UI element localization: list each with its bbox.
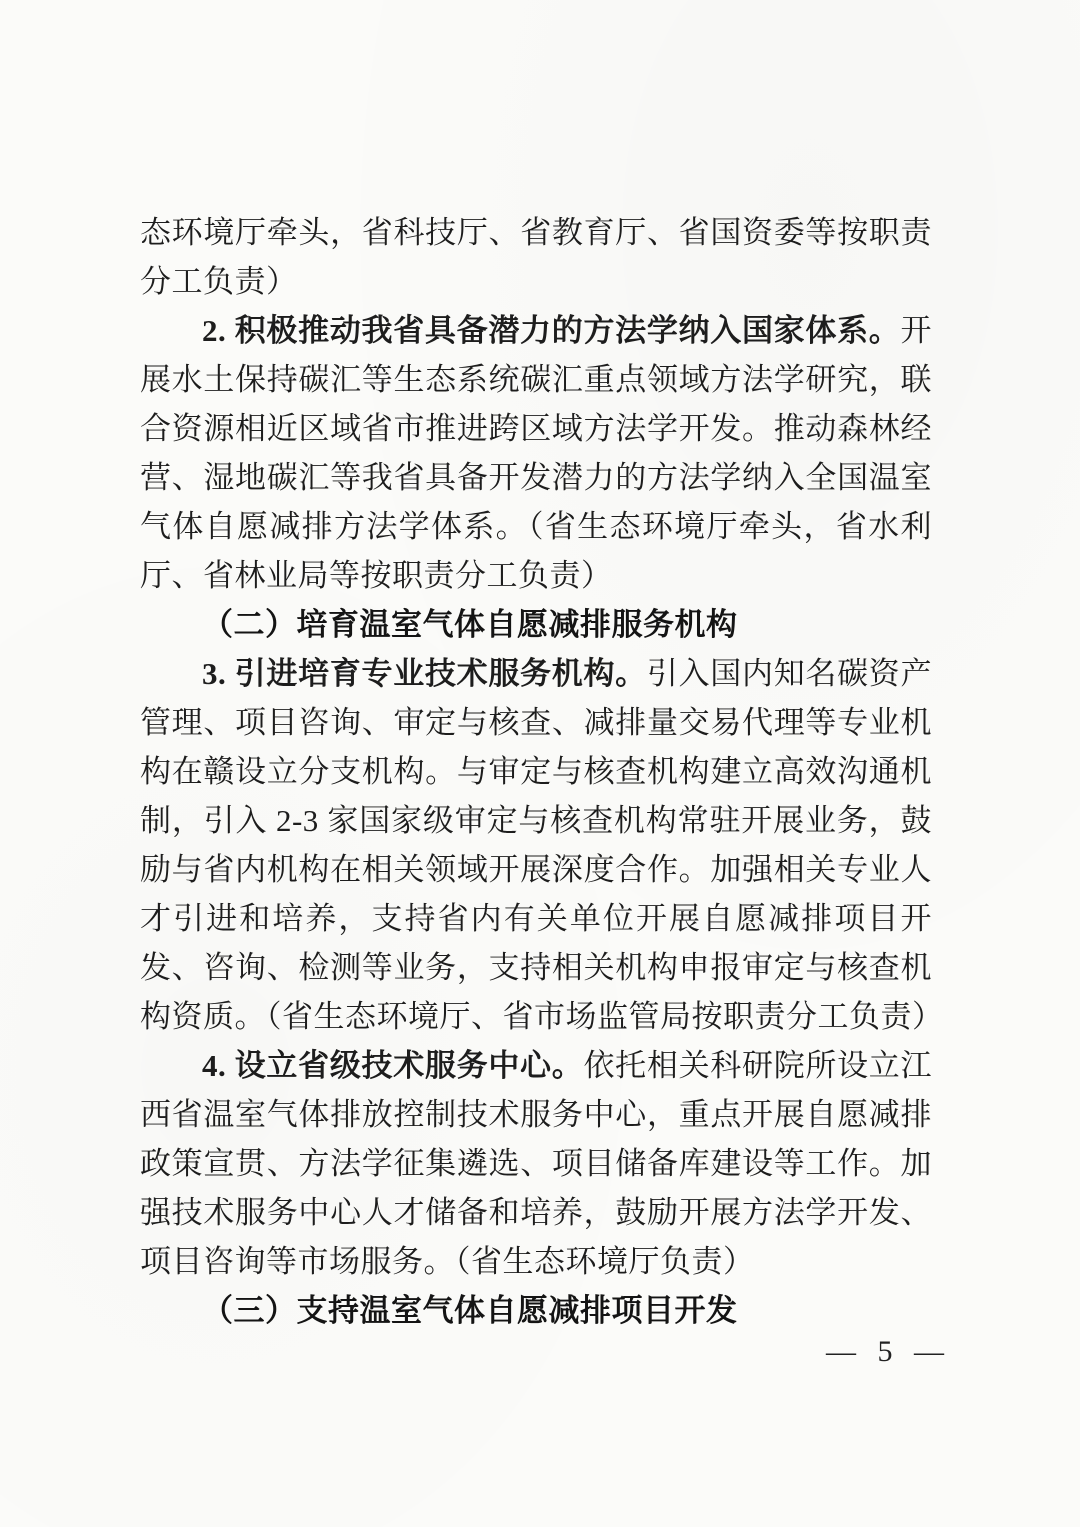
paragraph-continuation: 态环境厅牵头，省科技厅、省教育厅、省国资委等按职责分工负责） (140, 208, 932, 306)
paragraph-item-3: 3. 引进培育专业技术服务机构。引入国内知名碳资产管理、项目咨询、审定与核查、减… (140, 649, 932, 1041)
paragraph-item-2-text: 开展水土保持碳汇等生态系统碳汇重点领域方法学研究，联合资源相近区域省市推进跨区域… (140, 313, 932, 593)
document-page: 态环境厅牵头，省科技厅、省教育厅、省国资委等按职责分工负责） 2. 积极推动我省… (0, 0, 1080, 1527)
section-heading-3: （三）支持温室气体自愿减排项目开发 (140, 1286, 932, 1335)
paragraph-item-4: 4. 设立省级技术服务中心。依托相关科研院所设立江西省温室气体排放控制技术服务中… (140, 1041, 932, 1286)
paragraph-item-2-lead: 2. 积极推动我省具备潜力的方法学纳入国家体系。 (202, 313, 901, 348)
paragraph-continuation-text: 态环境厅牵头，省科技厅、省教育厅、省国资委等按职责分工负责） (140, 215, 932, 299)
section-heading-2: （二）培育温室气体自愿减排服务机构 (140, 600, 932, 649)
paragraph-item-3-text: 引入国内知名碳资产管理、项目咨询、审定与核查、减排量交易代理等专业机构在赣设立分… (140, 656, 944, 1034)
paragraph-item-4-lead: 4. 设立省级技术服务中心。 (202, 1048, 583, 1083)
paragraph-item-3-lead: 3. 引进培育专业技术服务机构。 (202, 656, 647, 691)
page-number: — 5 — (826, 1334, 951, 1370)
document-body: 态环境厅牵头，省科技厅、省教育厅、省国资委等按职责分工负责） 2. 积极推动我省… (140, 208, 932, 1335)
paragraph-item-2: 2. 积极推动我省具备潜力的方法学纳入国家体系。开展水土保持碳汇等生态系统碳汇重… (140, 306, 932, 600)
